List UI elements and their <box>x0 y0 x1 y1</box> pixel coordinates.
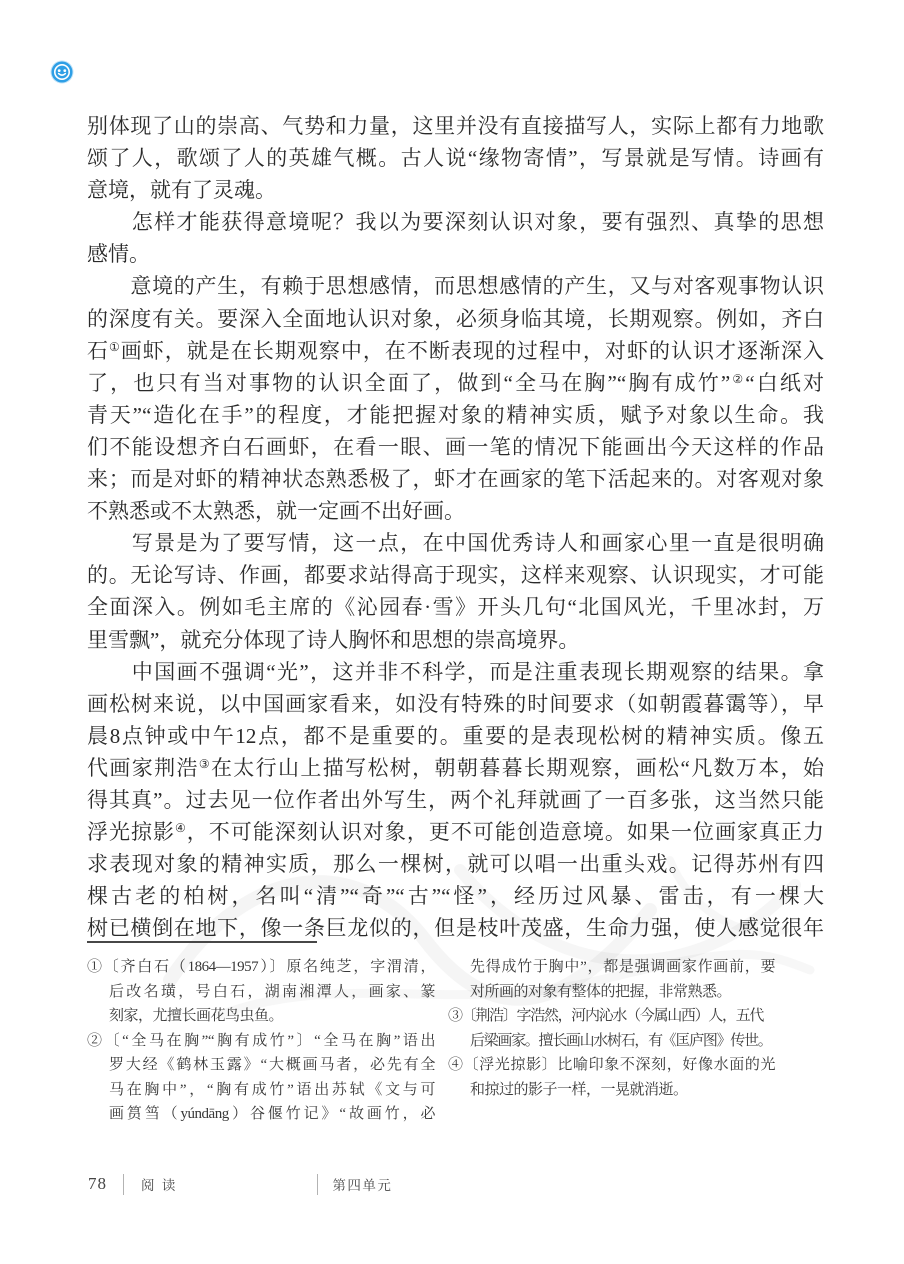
body-line: 怎样才能获得意境呢？我以为要深刻认识对象，要有强烈、真挚的思想 <box>87 206 824 238</box>
smiley-icon-graphic <box>50 60 74 84</box>
body-line: 意境，就有了灵魂。 <box>87 174 824 206</box>
page-footer: 78 阅 读 第四单元 <box>88 1172 392 1196</box>
body-line: 中国画不强调“光”，这并非不科学，而是注重表现长期观察的结果。拿 <box>87 656 824 688</box>
body-line: 全面深入。例如毛主席的《沁园春·雪》开头几句“北国风光，千里冰封，万 <box>87 591 824 623</box>
textbook-page: 别体现了山的崇高、气势和力量，这里并没有直接描写人，实际上都有力地歌颂了人，歌颂… <box>0 0 904 1264</box>
body-line: 代画家荆浩③在太行山上描写松树，朝朝暮暮长期观察，画松“凡数万本，始 <box>87 752 824 784</box>
body-line: 们不能设想齐白石画虾，在看一眼、画一笔的情况下能画出今天这样的作品 <box>87 431 824 463</box>
body-line: 棵古老的柏树，名叫“清”“奇”“古”“怪”，经历过风暴、雷击，有一棵大 <box>87 880 824 912</box>
footer-divider <box>123 1174 124 1195</box>
body-line: 来；而是对虾的精神状态熟悉极了，虾才在画家的笔下活起来的。对客观对象 <box>87 463 824 495</box>
footnote-line: 后梁画家。擅长画山水树石，有《匡庐图》传世。 <box>448 1029 775 1054</box>
body-line: 意境的产生，有赖于思想感情，而思想感情的产生，又与对客观事物认识 <box>87 270 824 302</box>
footnote-line: 对所画的对象有整体的把握，非常熟悉。 <box>448 980 775 1005</box>
body-text: 别体现了山的崇高、气势和力量，这里并没有直接描写人，实际上都有力地歌颂了人，歌颂… <box>87 110 824 944</box>
body-line: 别体现了山的崇高、气势和力量，这里并没有直接描写人，实际上都有力地歌 <box>87 110 824 142</box>
footnote-line: 和掠过的影子一样，一晃就消逝。 <box>448 1078 775 1103</box>
footnote-line: 马在胸中”，“胸有成竹”语出苏轼《文与可 <box>87 1078 435 1103</box>
body-line: 不熟悉或不太熟悉，就一定画不出好画。 <box>87 495 824 527</box>
body-line: 了，也只有当对事物的认识全面了，做到“全马在胸”“胸有成竹”②“白纸对 <box>87 367 824 399</box>
footnote-line: ④〔浮光掠影〕比喻印象不深刻，好像水面的光 <box>448 1053 775 1078</box>
body-line: 写景是为了要写情，这一点，在中国优秀诗人和画家心里一直是很明确 <box>87 527 824 559</box>
footnote-line: 先得成竹于胸中”，都是强调画家作画前，要 <box>448 955 775 980</box>
footnote-line: ①〔齐白石（1864—1957）〕原名纯芝，字渭清， <box>87 955 435 980</box>
body-line: 画松树来说，以中国画家看来，如没有特殊的时间要求（如朝霞暮霭等），早 <box>87 688 824 720</box>
footnote-line: 画筼筜（yúndāng）谷偃竹记》“故画竹，必 <box>87 1102 435 1127</box>
publisher-smiley-icon <box>50 60 74 84</box>
body-line: 浮光掠影④，不可能深刻认识对象，更不可能创造意境。如果一位画家真正力 <box>87 816 824 848</box>
body-line: 晨8点钟或中午12点，都不是重要的。重要的是表现松树的精神实质。像五 <box>87 720 824 752</box>
footnote-line: 罗大经《鹤林玉露》“大概画马者，必先有全 <box>87 1053 435 1078</box>
footnote-line: 刻家，尤擅长画花鸟虫鱼。 <box>87 1004 435 1029</box>
body-line: 树已横倒在地下，像一条巨龙似的，但是枝叶茂盛，生命力强，使人感觉很年 <box>87 912 824 944</box>
footnote-line: ②〔“全马在胸”“胸有成竹”〕“全马在胸”语出 <box>87 1029 435 1054</box>
footnote-separator <box>87 941 317 943</box>
footer-unit-label: 第四单元 <box>332 1174 392 1194</box>
body-line: 青天”“造化在手”的程度，才能把握对象的精神实质，赋予对象以生命。我 <box>87 399 824 431</box>
body-line: 的。无论写诗、作画，都要求站得高于现实，这样来观察、认识现实，才可能 <box>87 559 824 591</box>
footnotes-left: ①〔齐白石（1864—1957）〕原名纯芝，字渭清，后改名璜，号白石，湖南湘潭人… <box>87 955 435 1127</box>
body-line: 求表现对象的精神实质，那么一棵树，就可以唱一出重头戏。记得苏州有四 <box>87 848 824 880</box>
footer-divider <box>317 1174 318 1195</box>
body-line: 的深度有关。要深入全面地认识对象，必须身临其境，长期观察。例如，齐白 <box>87 303 824 335</box>
footnote-line: 后改名璜，号白石，湖南湘潭人，画家、篆 <box>87 980 435 1005</box>
body-line: 得其真”。过去见一位作者出外写生，两个礼拜就画了一百多张，这当然只能 <box>87 784 824 816</box>
body-line: 里雪飘”，就充分体现了诗人胸怀和思想的崇高境界。 <box>87 624 824 656</box>
footnotes-right: 先得成竹于胸中”，都是强调画家作画前，要对所画的对象有整体的把握，非常熟悉。③〔… <box>448 955 775 1102</box>
body-line: 石①画虾，就是在长期观察中，在不断表现的过程中，对虾的认识才逐渐深入 <box>87 335 824 367</box>
footer-section-label: 阅 读 <box>141 1174 177 1194</box>
footnote-line: ③〔荆浩〕字浩然，河内沁水（今属山西）人，五代 <box>448 1004 775 1029</box>
page-number: 78 <box>88 1174 107 1194</box>
body-line: 颂了人，歌颂了人的英雄气概。古人说“缘物寄情”，写景就是写情。诗画有 <box>87 142 824 174</box>
body-line: 感情。 <box>87 238 824 270</box>
